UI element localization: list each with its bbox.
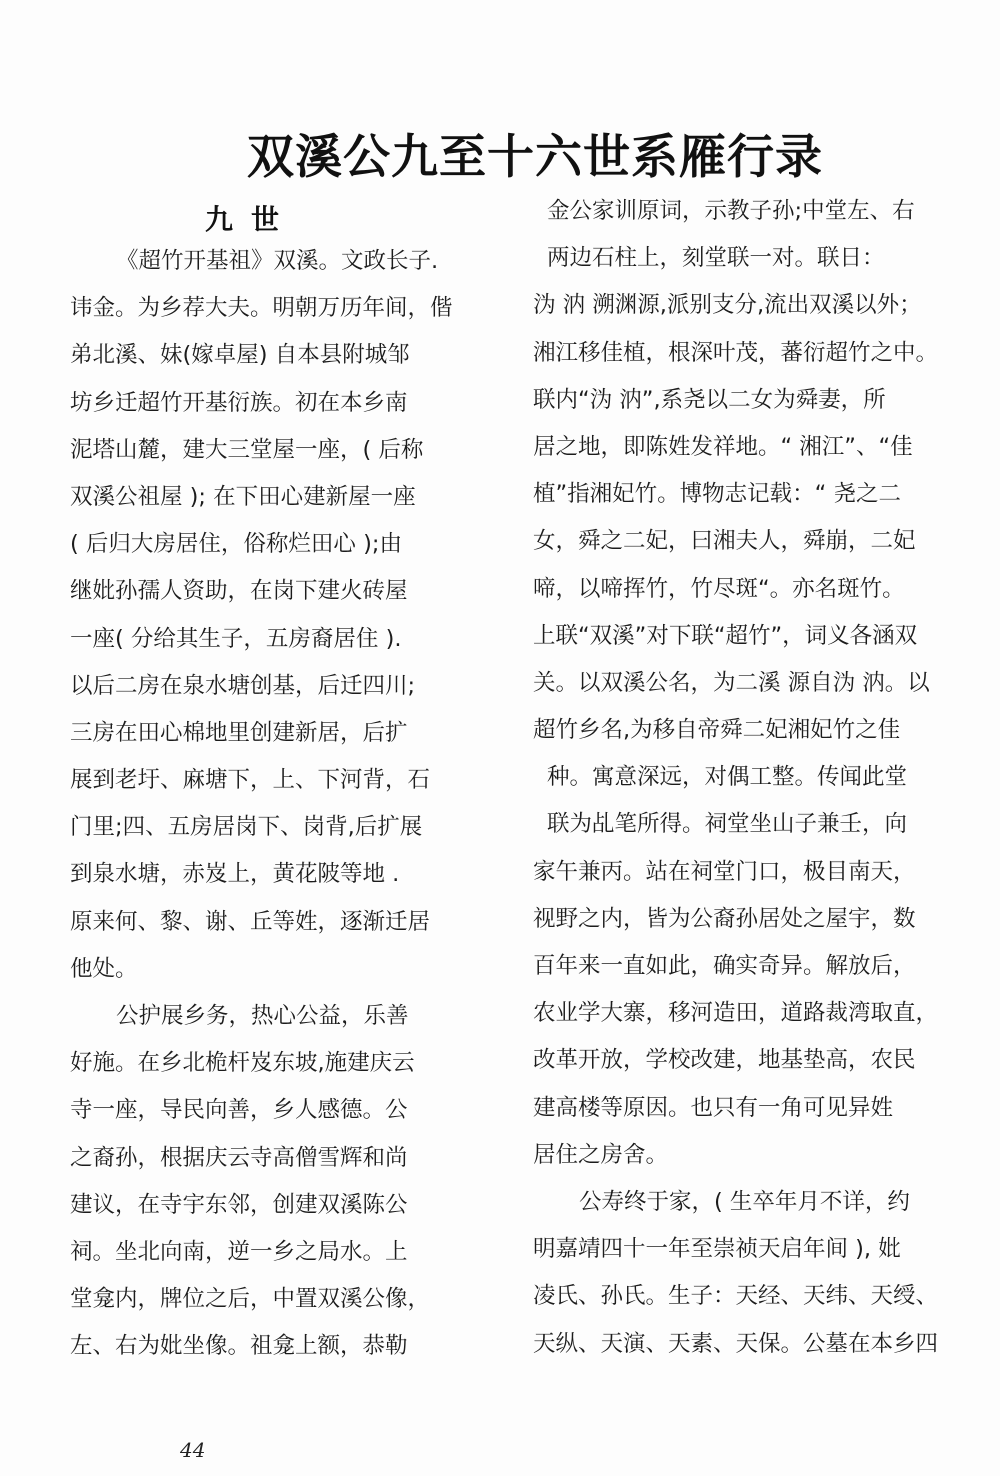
text-line: 继妣孙孺人资助，在岗下建火砖屋 xyxy=(70,568,470,615)
text-line: 女，舜之二妃，曰湘夫人，舜崩，二妃 xyxy=(533,518,963,565)
text-line: 天纵、天演、天素、天保。公墓在本乡四 xyxy=(533,1321,963,1368)
text-line: 金公家训原词，示教子孙;中堂左、右 xyxy=(533,188,963,235)
text-line: 泥塔山麓，建大三堂屋一座，( 后称 xyxy=(70,427,470,474)
text-line: 居之地，即陈姓发祥地。“ 湘江”、“佳 xyxy=(533,424,963,471)
text-line: 以后二房在泉水塘创基，后迁四川; xyxy=(70,663,470,710)
text-line: 植”指湘妃竹。博物志记载：“ 尧之二 xyxy=(533,471,963,518)
text-line: 三房在田心棉地里创建新居，后扩 xyxy=(70,710,470,757)
text-line: 左、右为妣坐像。祖龛上额，恭勒 xyxy=(70,1323,470,1370)
text-line: 建议，在寺宇东邻，创建双溪陈公 xyxy=(70,1182,470,1229)
document-page: 双溪公九至十六世系雁行录 九世 《超竹开基祖》双溪。文政长子. 讳金。为乡荐大夫… xyxy=(0,0,1000,1476)
text-line: 上联“双溪”对下联“超竹”，词义各涵双 xyxy=(533,613,963,660)
text-line: 居住之房舍。 xyxy=(533,1132,963,1179)
text-line: 改革开放，学校改建，地基垫高，农民 xyxy=(533,1037,963,1084)
couplet-line-upper: 沩 汭 溯渊源,派别支分,流出双溪以外； xyxy=(533,282,963,329)
text-line: ( 后归大房居住，俗称烂田心 );由 xyxy=(70,521,470,568)
text-line: 寺一座，导民向善，乡人感德。公 xyxy=(70,1087,470,1134)
text-line: 原来何、黎、谢、丘等姓，逐渐迁居 xyxy=(70,899,470,946)
text-line: 门里;四、五房居岗下、岗背,后扩展 xyxy=(70,804,470,851)
text-line: 到泉水塘，赤岌上，黄花陂等地 . xyxy=(70,851,470,898)
text-line: 农业学大寨，移河造田，道路裁湾取直， xyxy=(533,990,963,1037)
section-heading-ninth-generation: 九世 xyxy=(205,198,297,238)
text-line: 展到老圩、麻塘下，上、下河背，石 xyxy=(70,757,470,804)
text-line: 堂龛内，牌位之后，中置双溪公像， xyxy=(70,1276,470,1323)
text-line: 家午兼丙。站在祠堂门口，极目南天， xyxy=(533,849,963,896)
text-line: 明嘉靖四十一年至崇祯天启年间 ), 妣 xyxy=(533,1226,963,1273)
text-line: 他处。 xyxy=(70,946,470,993)
text-line: 联为乩笔所得。祠堂坐山子兼壬，向 xyxy=(533,801,963,848)
text-line: 种。寓意深远，对偶工整。传闻此堂 xyxy=(533,754,963,801)
page-title: 双溪公九至十六世系雁行录 xyxy=(0,128,1000,188)
right-text-column: 金公家训原词，示教子孙;中堂左、右 两边石柱上，刻堂联一对。联日： 沩 汭 溯渊… xyxy=(533,188,963,1368)
text-line: 百年来一直如此，确实奇异。解放后， xyxy=(533,943,963,990)
text-line: 啼，以啼挥竹，竹尽斑“。亦名斑竹。 xyxy=(533,566,963,613)
text-line: 公护展乡务，热心公益，乐善 xyxy=(70,993,470,1040)
text-line: 联内“沩 汭”,系尧以二女为舜妻，所 xyxy=(533,377,963,424)
text-line: 公寿终于家，( 生卒年月不详，约 xyxy=(533,1179,963,1226)
text-line: 弟北溪、妹(嫁卓屋) 自本县附城邹 xyxy=(70,332,470,379)
text-line: 一座( 分给其生子，五房裔居住 ). xyxy=(70,616,470,663)
text-line: 《超竹开基祖》双溪。文政长子. xyxy=(70,238,470,285)
text-line: 坊乡迁超竹开基衍族。初在本乡南 xyxy=(70,380,470,427)
text-line: 凌氏、孙氏。生子：天经、天纬、天绶、 xyxy=(533,1273,963,1320)
couplet-line-lower: 湘江移佳植，根深叶茂，蕃衍超竹之中。 xyxy=(533,330,963,377)
text-line: 超竹乡名,为移自帝舜二妃湘妃竹之佳 xyxy=(533,707,963,754)
text-line: 双溪公祖屋 ); 在下田心建新屋一座 xyxy=(70,474,470,521)
text-line: 祠。坐北向南，逆一乡之局水。上 xyxy=(70,1229,470,1276)
text-line: 好施。在乡北桅杆岌东坡,施建庆云 xyxy=(70,1040,470,1087)
text-line: 关。以双溪公名，为二溪 源自沩 汭。以 xyxy=(533,660,963,707)
left-text-column: 《超竹开基祖》双溪。文政长子. 讳金。为乡荐大夫。明朝万历年间，偕 弟北溪、妹(… xyxy=(70,238,470,1371)
text-line: 视野之内，皆为公裔孙居处之屋宇，数 xyxy=(533,896,963,943)
text-line: 之裔孙，根据庆云寺高僧雪辉和尚 xyxy=(70,1135,470,1182)
text-line: 两边石柱上，刻堂联一对。联日： xyxy=(533,235,963,282)
page-number: 44 xyxy=(180,1438,205,1462)
text-line: 建高楼等原因。也只有一角可见异姓 xyxy=(533,1085,963,1132)
text-line: 讳金。为乡荐大夫。明朝万历年间，偕 xyxy=(70,285,470,332)
